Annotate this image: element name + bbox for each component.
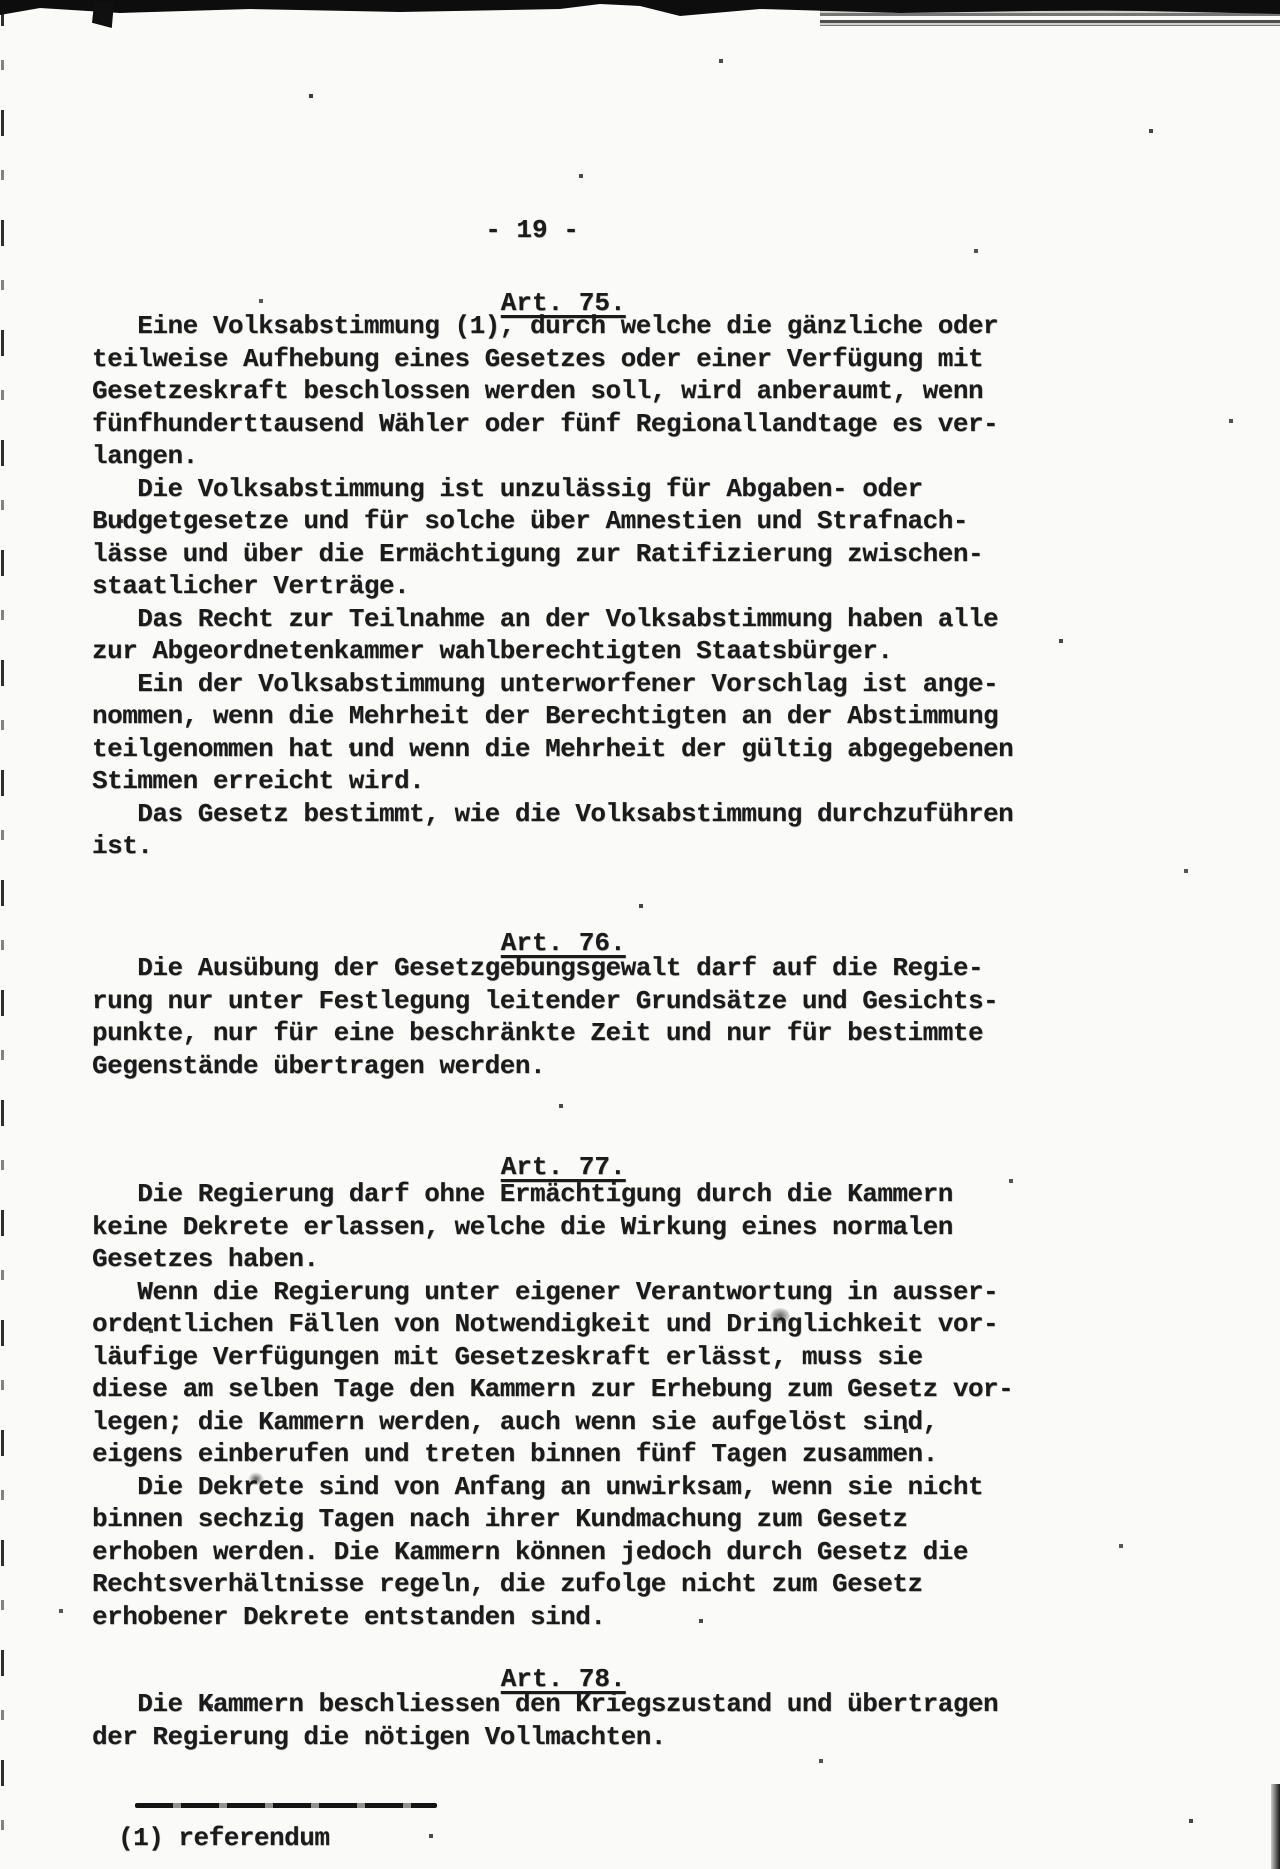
footnote-divider-rule	[135, 1803, 437, 1808]
article-77-body: Die Regierung darf ohne Ermächtigung dur…	[92, 1178, 1013, 1633]
page-number: - 19 -	[92, 215, 972, 245]
scan-bottom-right-artifact	[1271, 1784, 1280, 1869]
article-76-body: Die Ausübung der Gesetzgebungsgewalt dar…	[92, 952, 998, 1082]
article-75-body: Eine Volksabstimmung (1), durch welche d…	[92, 310, 1013, 863]
scan-corner-blot-artifact	[92, 2, 114, 28]
article-78-body: Die Kammern beschliessen den Kriegszusta…	[92, 1688, 998, 1753]
scan-left-edge-artifact	[1, 0, 4, 1869]
footnote-text: (1) referendum	[118, 1822, 329, 1855]
scanned-document-page: - 19 - Art. 75. Eine Volksabstimmung (1)…	[0, 0, 1280, 1869]
